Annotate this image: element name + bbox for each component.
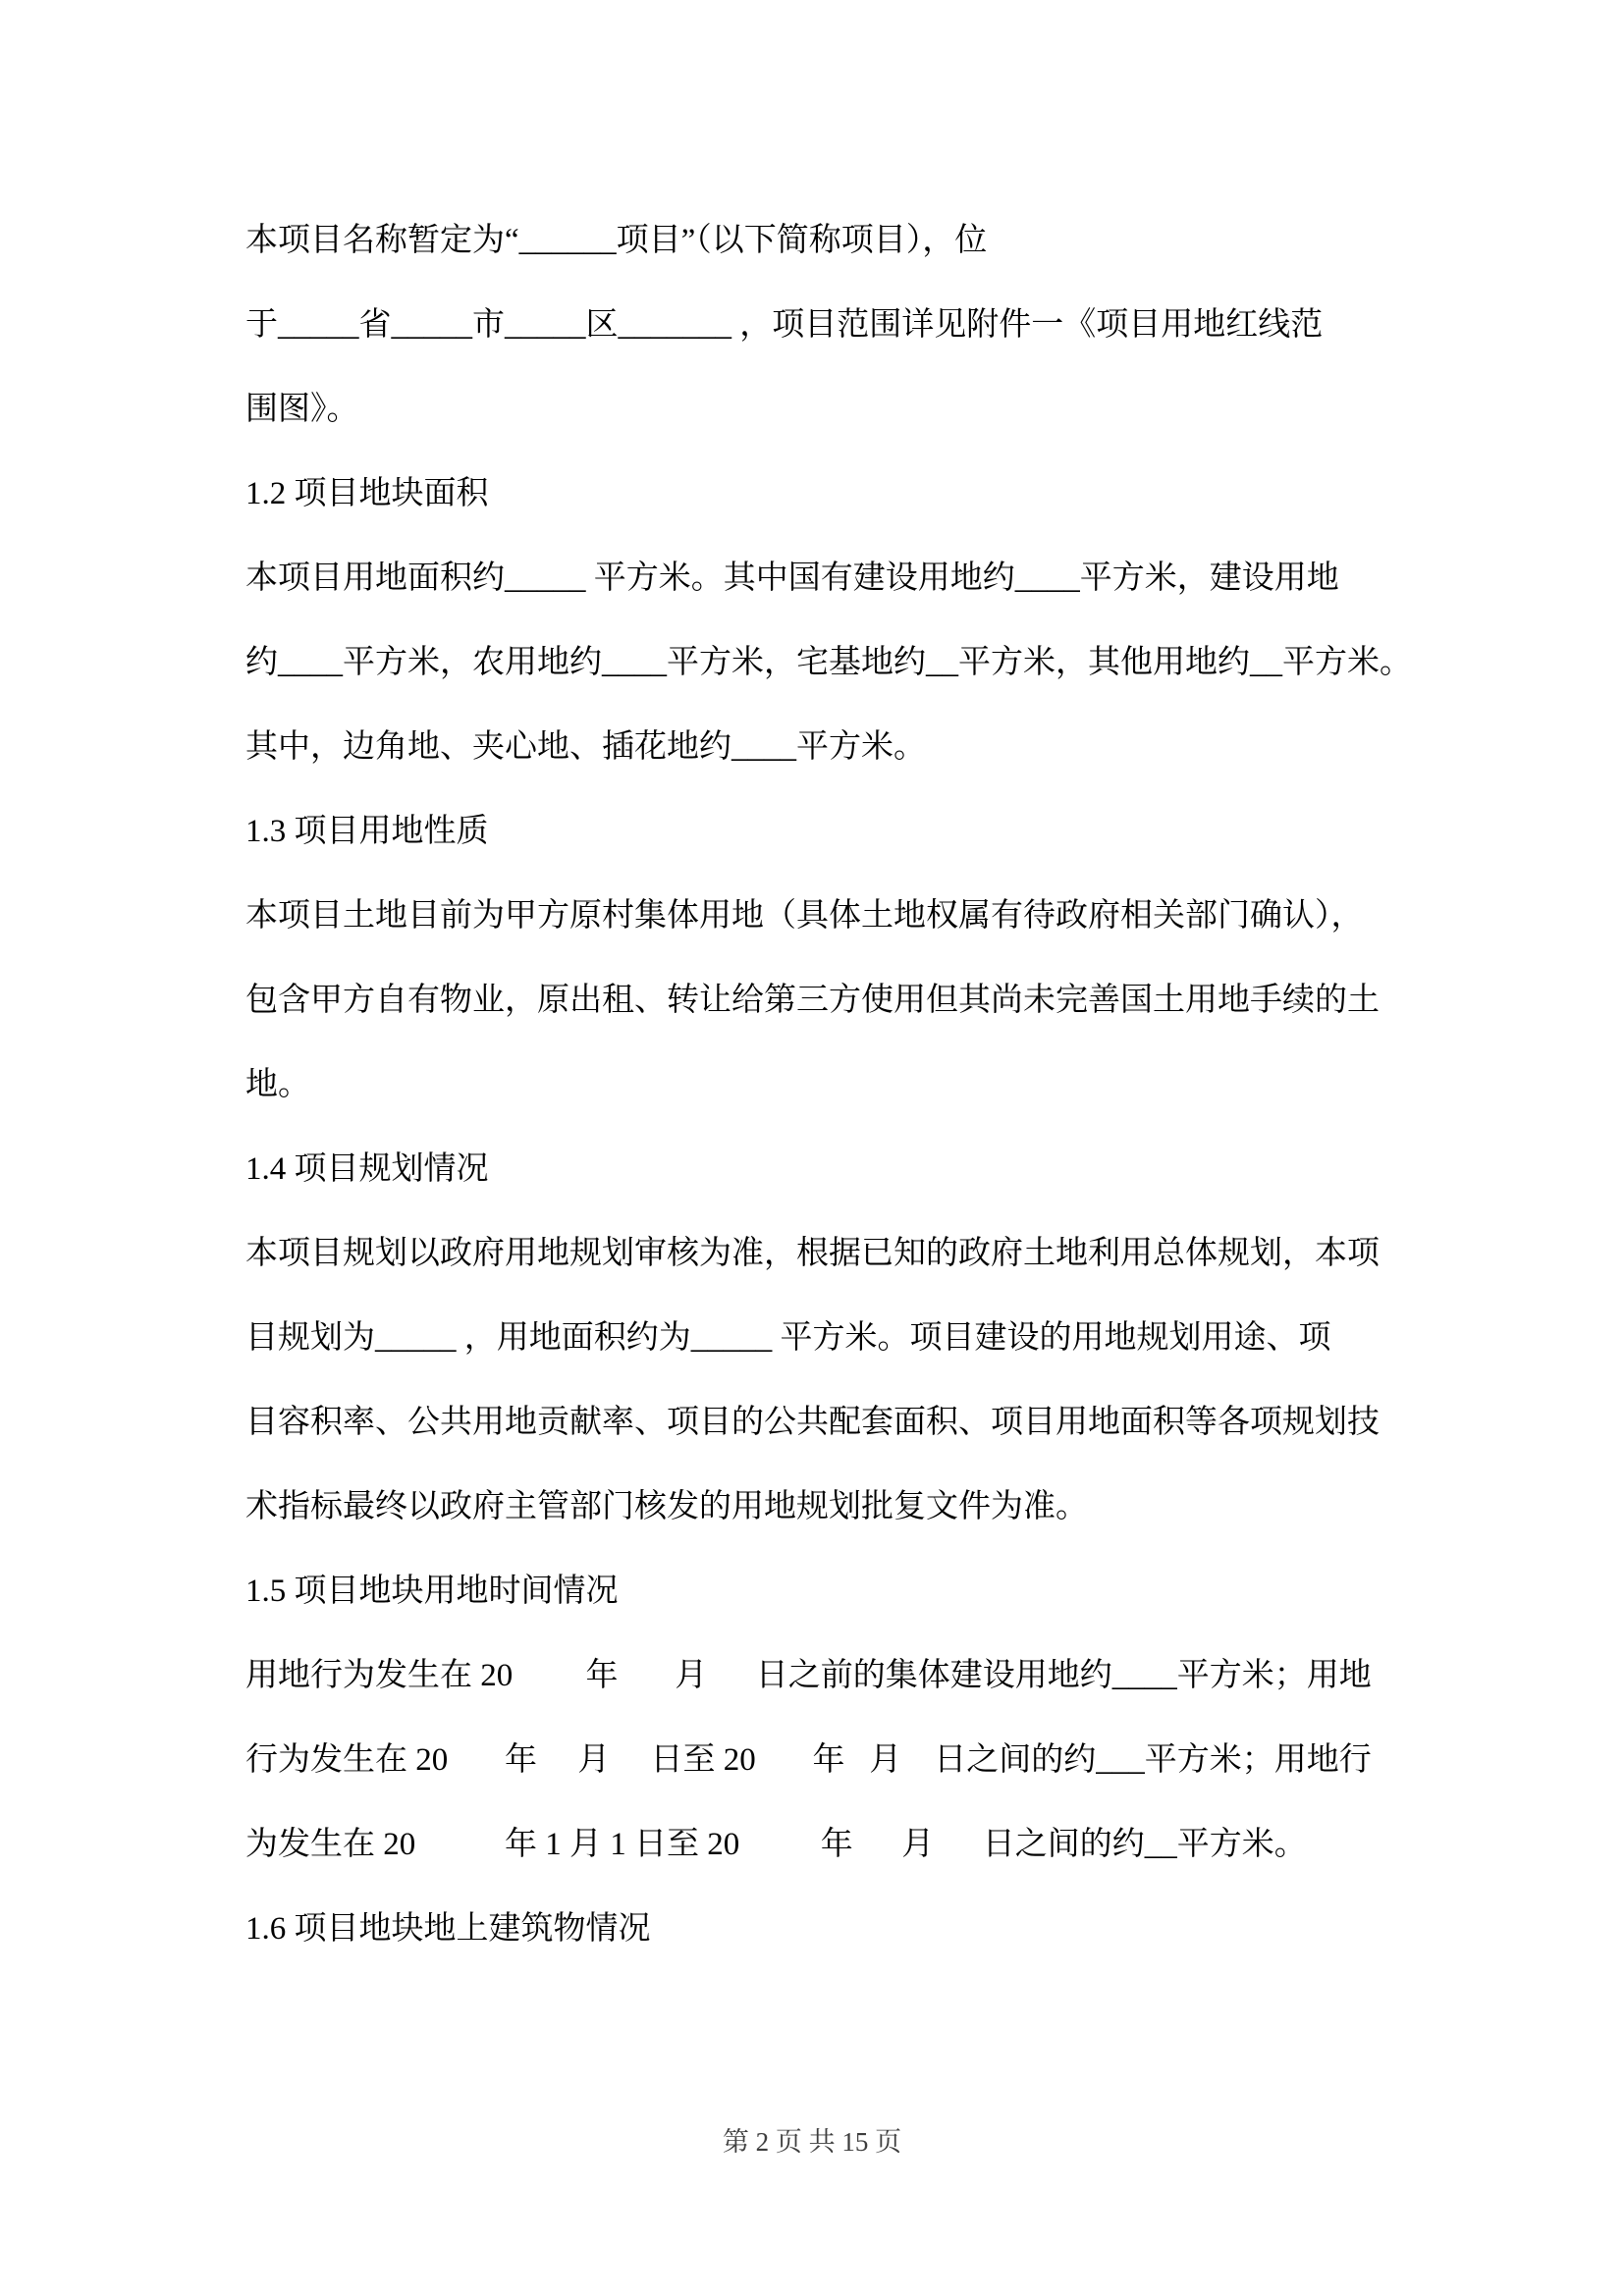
document-line: 其中，边角地、夹心地、插花地约____平方米。 bbox=[245, 705, 1424, 789]
document-line: 目规划为_____ ，用地面积约为_____ 平方米。项目建设的用地规划用途、项 bbox=[245, 1296, 1424, 1380]
document-line: 包含甲方自有物业，原出租、转让给第三方使用但其尚未完善国土用地手续的土 bbox=[245, 958, 1424, 1042]
section-heading: 1.3 项目用地性质 bbox=[245, 789, 1424, 874]
page-background: 本项目名称暂定为“______项目”（以下简称项目），位于_____省_____… bbox=[0, 0, 1624, 2296]
document-line: 行为发生在 20 年 月 日至 20 年 月 日之间的约___平方米；用地行 bbox=[245, 1718, 1424, 1802]
document-line: 用地行为发生在 20 年 月 日之前的集体建设用地约____平方米；用地 bbox=[245, 1633, 1424, 1718]
document-line: 约____平方米，农用地约____平方米，宅基地约__平方米，其他用地约__平方… bbox=[245, 620, 1424, 705]
section-heading: 1.2 项目地块面积 bbox=[245, 452, 1424, 536]
page-number-footer: 第 2 页 共 15 页 bbox=[0, 2126, 1624, 2158]
section-heading: 1.4 项目规划情况 bbox=[245, 1127, 1424, 1211]
document-line: 于_____省_____市_____区_______ ，项目范围详见附件一《项目… bbox=[245, 283, 1424, 367]
document-lines: 本项目名称暂定为“______项目”（以下简称项目），位于_____省_____… bbox=[245, 198, 1424, 1971]
document-line: 目容积率、公共用地贡献率、项目的公共配套面积、项目用地面积等各项规划技 bbox=[245, 1380, 1424, 1465]
document-line: 本项目土地目前为甲方原村集体用地（具体土地权属有待政府相关部门确认）， bbox=[245, 874, 1424, 958]
document-line: 本项目规划以政府用地规划审核为准，根据已知的政府土地利用总体规划，本项 bbox=[245, 1211, 1424, 1296]
document-line: 为发生在 20 年 1 月 1 日至 20 年 月 日之间的约__平方米。 bbox=[245, 1802, 1424, 1887]
document-line: 地。 bbox=[245, 1042, 1424, 1127]
section-heading: 1.5 项目地块用地时间情况 bbox=[245, 1549, 1424, 1633]
document-line: 本项目用地面积约_____ 平方米。其中国有建设用地约____平方米，建设用地 bbox=[245, 536, 1424, 620]
section-heading: 1.6 项目地块地上建筑物情况 bbox=[245, 1887, 1424, 1971]
document-line: 本项目名称暂定为“______项目”（以下简称项目），位 bbox=[245, 198, 1424, 283]
document-line: 围图》。 bbox=[245, 367, 1424, 452]
document-line: 术指标最终以政府主管部门核发的用地规划批复文件为准。 bbox=[245, 1465, 1424, 1549]
document-page: { "styles": { "page_bg": "#ffffff", "tex… bbox=[0, 0, 1624, 2296]
